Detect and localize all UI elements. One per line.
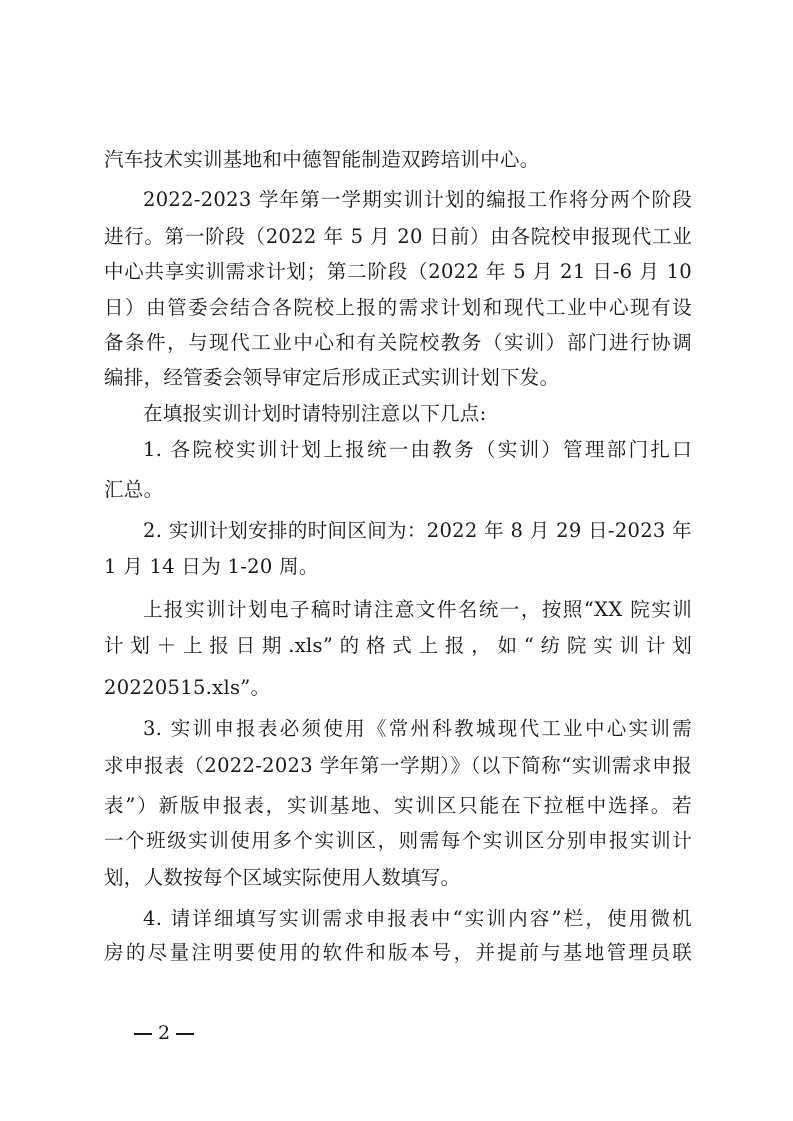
text-line: 划，人数按每个区域实际使用人数填写。 — [104, 865, 692, 891]
text-line: 在填报实训计划时请特别注意以下几点: — [143, 401, 692, 427]
text-line: 上报实训计划电子稿时请注意文件名统一，按照“XX 院实训 — [143, 597, 692, 623]
footer-dash-right — [176, 1033, 194, 1035]
document-page: 汽车技术实训基地和中德智能制造双跨培训中心。2022-2023 学年第一学期实训… — [0, 0, 793, 1121]
text-line: 日）由管委会结合各院校上报的需求计划和现代工业中心现有设 — [104, 295, 692, 321]
text-line: 2. 实训计划安排的时间区间为：2022 年 8 月 29 日-2023 年 — [143, 518, 692, 544]
text-line: 中心共享实训需求计划；第二阶段（2022 年 5 月 21 日-6 月 10 — [104, 259, 692, 285]
text-line: 一个班级实训使用多个实训区，则需每个实训区分别申报实训计 — [104, 828, 692, 854]
text-line: 汇总。 — [104, 477, 692, 503]
text-line: 备条件，与现代工业中心和有关院校教务（实训）部门进行协调 — [104, 330, 692, 356]
page-footer: 2 — [128, 1020, 200, 1046]
text-line: 2022-2023 学年第一学期实训计划的编报工作将分两个阶段 — [143, 187, 692, 213]
text-line: 编排，经管委会领导审定后形成正式实训计划下发。 — [104, 365, 692, 391]
text-line: 房的尽量注明要使用的软件和版本号，并提前与基地管理员联 — [104, 940, 692, 966]
text-line: 表”）新版申报表，实训基地、实训区只能在下拉框中选择。若 — [104, 793, 692, 819]
text-line: 4. 请详细填写实训需求申报表中“实训内容”栏，使用微机 — [143, 906, 692, 932]
text-line: 求申报表（2022-2023 学年第一学期）》（以下简称“实训需求申报 — [104, 753, 692, 779]
page-number: 2 — [158, 1022, 170, 1044]
text-line: 20220515.xls”。 — [104, 675, 692, 701]
text-line: 计划＋上报日期.xls”的格式上报，如“纺院实训计划 — [104, 633, 692, 659]
text-line: 3. 实训申报表必须使用《常州科教城现代工业中心实训需 — [143, 716, 692, 742]
text-line: 进行。第一阶段（2022 年 5 月 20 日前）由各院校申报现代工业 — [104, 224, 692, 250]
footer-dash-left — [134, 1033, 152, 1035]
text-line: 1 月 14 日为 1-20 周。 — [104, 554, 692, 580]
text-line: 汽车技术实训基地和中德智能制造双跨培训中心。 — [104, 147, 692, 173]
text-line: 1. 各院校实训计划上报统一由教务（实训）管理部门扎口 — [143, 437, 692, 463]
